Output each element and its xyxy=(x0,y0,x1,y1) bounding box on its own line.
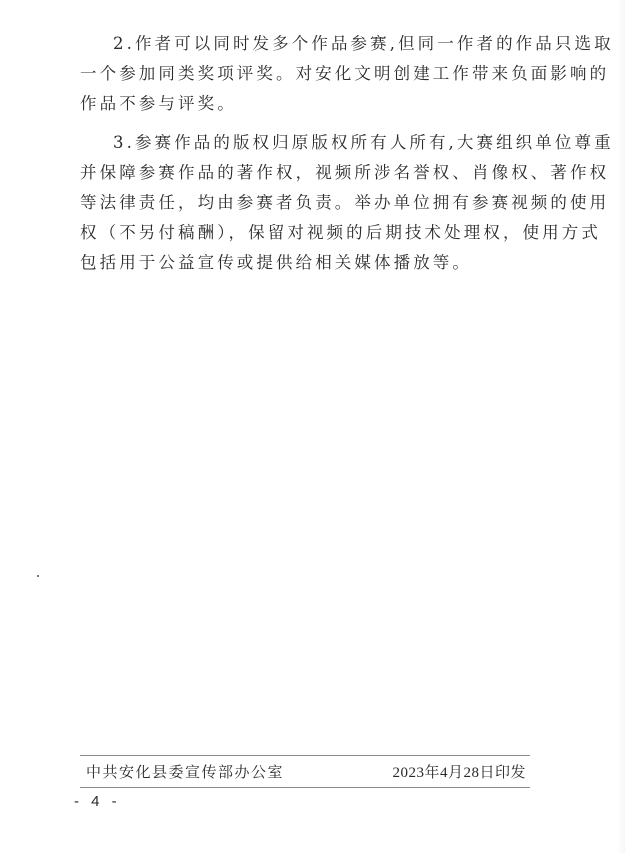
issuer-name: 中共安化县委宣传部办公室 xyxy=(86,761,284,782)
clause-2-line-2: 一个参加同类奖项评奖。对安化文明创建工作带来负面影响的 xyxy=(80,59,542,89)
clause-3-line-3: 等法律责任，均由参赛者负责。举办单位拥有参赛视频的使用 xyxy=(80,188,542,218)
document-page: 2.作者可以同时发多个作品参赛,但同一作者的作品只选取 一个参加同类奖项评奖。对… xyxy=(0,0,625,853)
clause-2-line-1: 2.作者可以同时发多个作品参赛,但同一作者的作品只选取 xyxy=(80,29,542,59)
print-date: 2023年4月28日印发 xyxy=(392,761,526,782)
document-footer: 中共安化县委宣传部办公室 2023年4月28日印发 xyxy=(80,755,530,788)
clause-2-paragraph: 2.作者可以同时发多个作品参赛,但同一作者的作品只选取 一个参加同类奖项评奖。对… xyxy=(80,29,542,119)
clause-3-line-1: 3.参赛作品的版权归原版权所有人所有,大赛组织单位尊重 xyxy=(80,128,542,158)
clause-3-line-4: 权（不另付稿酬），保留对视频的后期技术处理权，使用方式 xyxy=(80,218,542,248)
clause-3-paragraph: 3.参赛作品的版权归原版权所有人所有,大赛组织单位尊重 并保障参赛作品的著作权，… xyxy=(80,128,542,278)
footer-bottom-rule xyxy=(80,787,530,788)
clause-3-line-2: 并保障参赛作品的著作权，视频所涉名誉权、肖像权、著作权 xyxy=(80,158,542,188)
page-number: - 4 - xyxy=(74,793,121,810)
page-edge-shadow xyxy=(617,0,625,853)
document-body: 2.作者可以同时发多个作品参赛,但同一作者的作品只选取 一个参加同类奖项评奖。对… xyxy=(80,29,542,278)
scan-speck xyxy=(37,575,39,577)
footer-row: 中共安化县委宣传部办公室 2023年4月28日印发 xyxy=(80,756,530,787)
clause-3-line-5: 包括用于公益宣传或提供给相关媒体播放等。 xyxy=(80,248,542,278)
clause-2-line-3: 作品不参与评奖。 xyxy=(80,89,542,119)
